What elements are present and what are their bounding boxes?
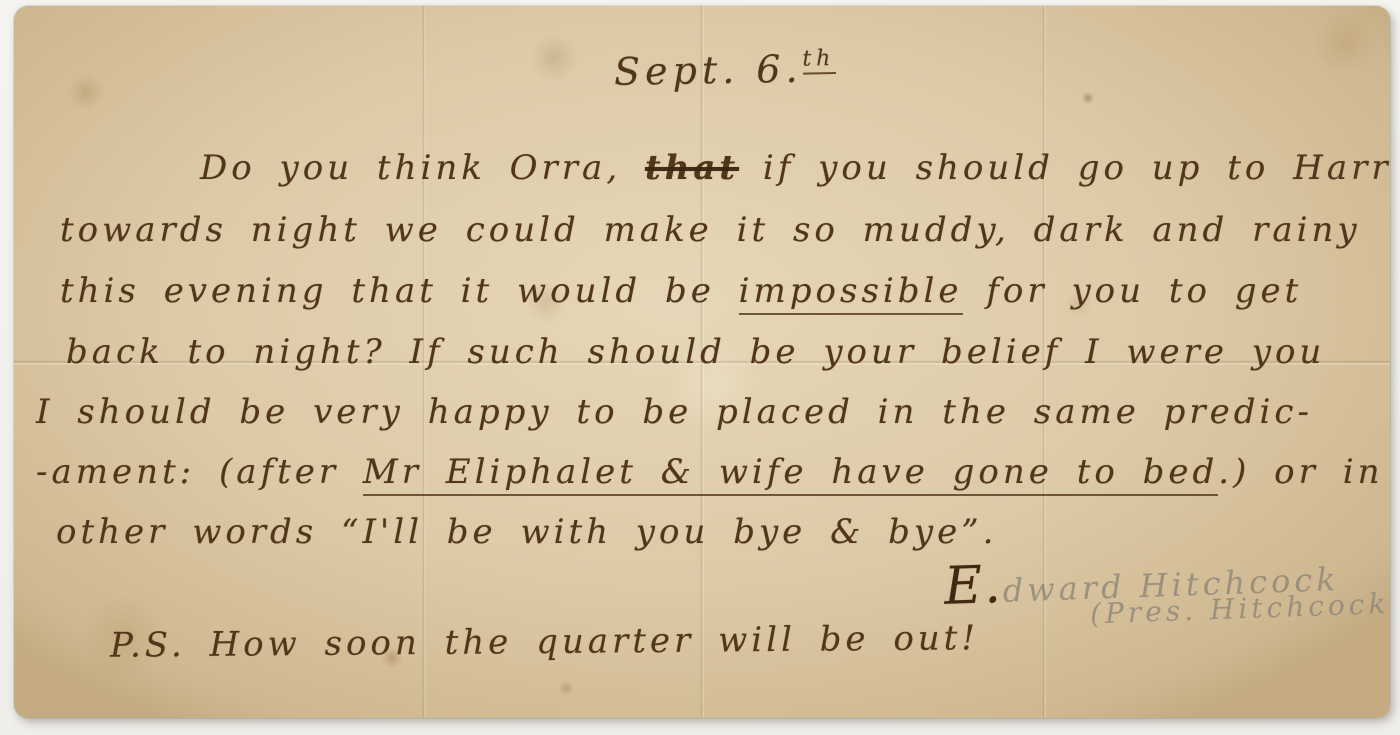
- struck-out-word: that: [645, 148, 739, 188]
- date-superscript: th: [802, 46, 835, 75]
- line-segment: back to night? If such should be your be…: [66, 332, 1325, 372]
- line-segment: towards night we could make it so muddy,…: [60, 210, 1361, 250]
- line-segment: if you should go up to Harriets: [739, 148, 1390, 188]
- line-segment: -ament: (after: [36, 452, 363, 492]
- date-text: Sept. 6.: [614, 47, 803, 94]
- letter-line-5: I should be very happy to be placed in t…: [36, 392, 1313, 432]
- postscript-line: P.S. How soon the quarter will be out!: [110, 618, 979, 666]
- line-segment: for you to get: [963, 271, 1303, 311]
- underlined-phrase: Mr Eliphalet & wife have gone to bed: [363, 452, 1218, 496]
- letter-line-1: Do you think Orra, that if you should go…: [200, 148, 1390, 188]
- letter-line-7: other words “I'll be with you bye & bye”…: [56, 512, 997, 552]
- letter-line-3: this evening that it would be impossible…: [60, 271, 1302, 311]
- date-line: Sept. 6.th: [614, 46, 836, 94]
- letter-line-6: -ament: (after Mr Eliphalet & wife have …: [36, 452, 1383, 492]
- line-segment: .) or in: [1218, 452, 1383, 492]
- underlined-word: impossible: [739, 271, 963, 315]
- letter-paper: Sept. 6.th Do you think Orra, that if yo…: [14, 6, 1390, 718]
- letter-line-4: back to night? If such should be your be…: [66, 332, 1325, 372]
- letter-line-2: towards night we could make it so muddy,…: [60, 210, 1361, 250]
- scan-background: Sept. 6.th Do you think Orra, that if yo…: [0, 0, 1400, 735]
- line-segment: Do you think Orra,: [200, 148, 645, 188]
- line-segment: this evening that it would be: [60, 271, 739, 311]
- line-segment: I should be very happy to be placed in t…: [36, 392, 1313, 432]
- signature-ink-initial: E.: [943, 555, 1004, 617]
- line-segment: other words “I'll be with you bye & bye”…: [56, 512, 997, 552]
